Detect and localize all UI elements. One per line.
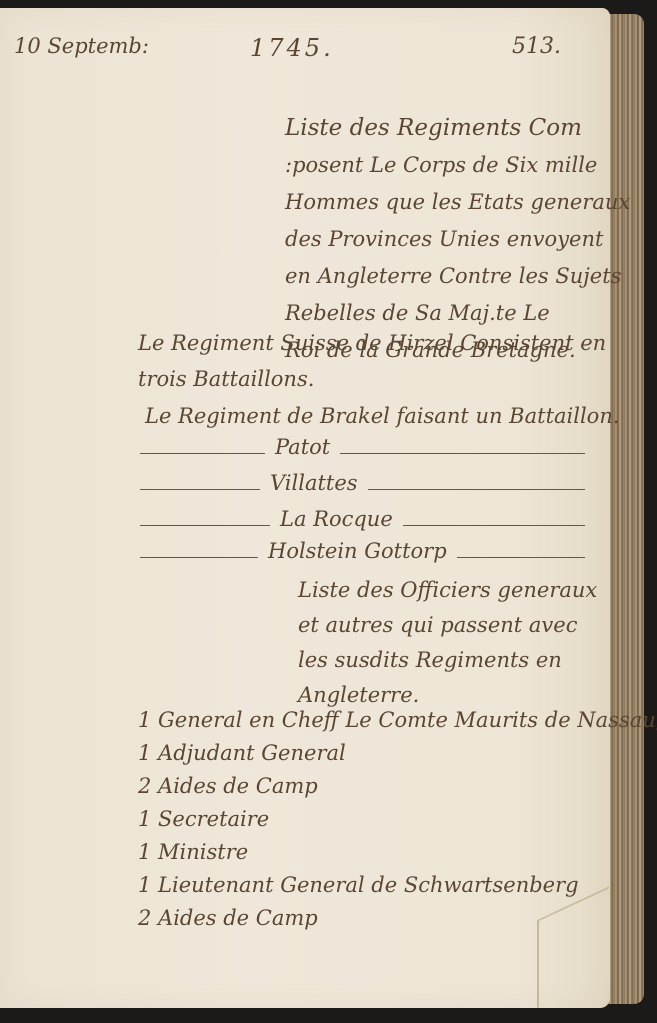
sub-regiment-name: Patot — [265, 435, 340, 459]
officers-list: 1 General en Cheff Le Comte Maurits de N… — [138, 704, 657, 935]
rule-line — [140, 557, 258, 558]
title-line: en Angleterre Contre les Sujets — [285, 258, 630, 295]
title-line: Liste des Regiments Com — [285, 110, 630, 147]
officer-entry: 2 Aides de Camp — [138, 770, 657, 803]
sub-regiment-row: Villattes — [140, 468, 585, 498]
sub-regiment-name: Holstein Gottorp — [258, 539, 457, 563]
officer-entry: 1 Lieutenant General de Schwartsenberg — [138, 869, 657, 902]
title-line: Liste des Officiers generaux — [298, 573, 597, 608]
rule-line — [140, 489, 260, 490]
title-line: :posent Le Corps de Six mille — [285, 147, 630, 184]
officers-list-title: Liste des Officiers generaux et autres q… — [298, 573, 597, 713]
manuscript-scan: 10 Septemb: 1745. 513. Liste des Regimen… — [0, 0, 657, 1023]
title-line: et autres qui passent avec — [298, 608, 597, 643]
regiment-entry: Le Regiment de Brakel faisant un Battail… — [145, 406, 620, 427]
regiment-entry: trois Battaillons. — [138, 369, 314, 390]
regiment-entry: Le Regiment Suisse de Hirzel Consistent … — [138, 333, 606, 354]
rule-line — [403, 525, 585, 526]
officer-entry: 1 General en Cheff Le Comte Maurits de N… — [138, 704, 657, 737]
sub-regiment-name: Villattes — [260, 471, 368, 495]
officer-entry: 1 Adjudant General — [138, 737, 657, 770]
rule-line — [368, 489, 585, 490]
title-line: Hommes que les Etats generaux — [285, 184, 630, 221]
rule-line — [140, 525, 270, 526]
header-date: 10 Septemb: — [14, 36, 149, 57]
officer-entry: 2 Aides de Camp — [138, 902, 657, 935]
rule-line — [140, 453, 265, 454]
title-line: les susdits Regiments en — [298, 643, 597, 678]
sub-regiment-name: La Rocque — [270, 507, 403, 531]
manuscript-page: 10 Septemb: 1745. 513. Liste des Regimen… — [0, 8, 610, 1008]
title-line: des Provinces Unies envoyent — [285, 221, 630, 258]
sub-regiment-row: Holstein Gottorp — [140, 536, 585, 566]
title-line: Rebelles de Sa Maj.te Le — [285, 295, 630, 332]
header-year: 1745. — [250, 36, 334, 60]
sub-regiment-row: La Rocque — [140, 504, 585, 534]
page-number: 513. — [512, 36, 561, 58]
rule-line — [457, 557, 585, 558]
rule-line — [340, 453, 585, 454]
sub-regiment-row: Patot — [140, 432, 585, 462]
officer-entry: 1 Ministre — [138, 836, 657, 869]
officer-entry: 1 Secretaire — [138, 803, 657, 836]
